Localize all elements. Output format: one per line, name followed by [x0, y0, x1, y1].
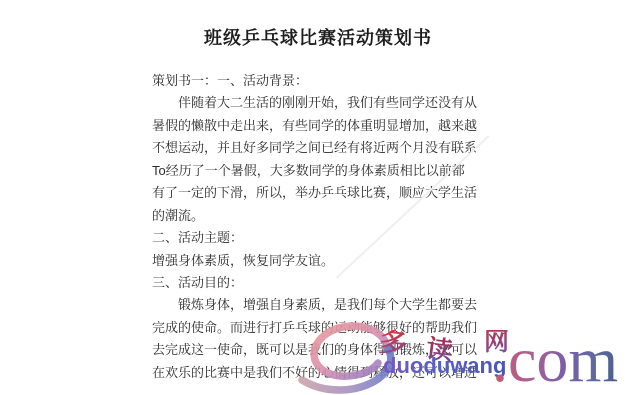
- document-page: 班级乒乓球比赛活动策划书 策划书一：一、活动背景： 伴随着大二生活的刚刚开始，我…: [0, 0, 636, 395]
- watermark-tld-text: .com: [492, 328, 618, 392]
- doc-line: 锻炼身体，增强自身素质，是我们每个大学生都要去: [152, 294, 472, 316]
- watermark-domain-text: duoduwang: [383, 355, 506, 377]
- document-title: 班级乒乓球比赛活动策划书: [0, 24, 636, 50]
- doc-line: 伴随着大二生活的刚刚开始，我们有些同学还没有从: [152, 92, 472, 114]
- doc-line: 二、活动主题：: [152, 227, 472, 249]
- doc-line: 的潮流。: [152, 205, 472, 227]
- doc-line: 增强身体素质，恢复同学友谊。: [152, 250, 472, 272]
- doc-line: 策划书一：一、活动背景：: [152, 70, 472, 92]
- doc-line: 暑假的懒散中走出来，有些同学的体重明显增加，越来越: [152, 115, 472, 137]
- doc-line: To经历了一个暑假，大多数同学的身体素质相比以前都: [152, 160, 472, 182]
- doc-line: 不想运动，并且好多同学之间已经有将近两个月没有联系: [152, 137, 472, 159]
- doc-line: 三、活动目的：: [152, 272, 472, 294]
